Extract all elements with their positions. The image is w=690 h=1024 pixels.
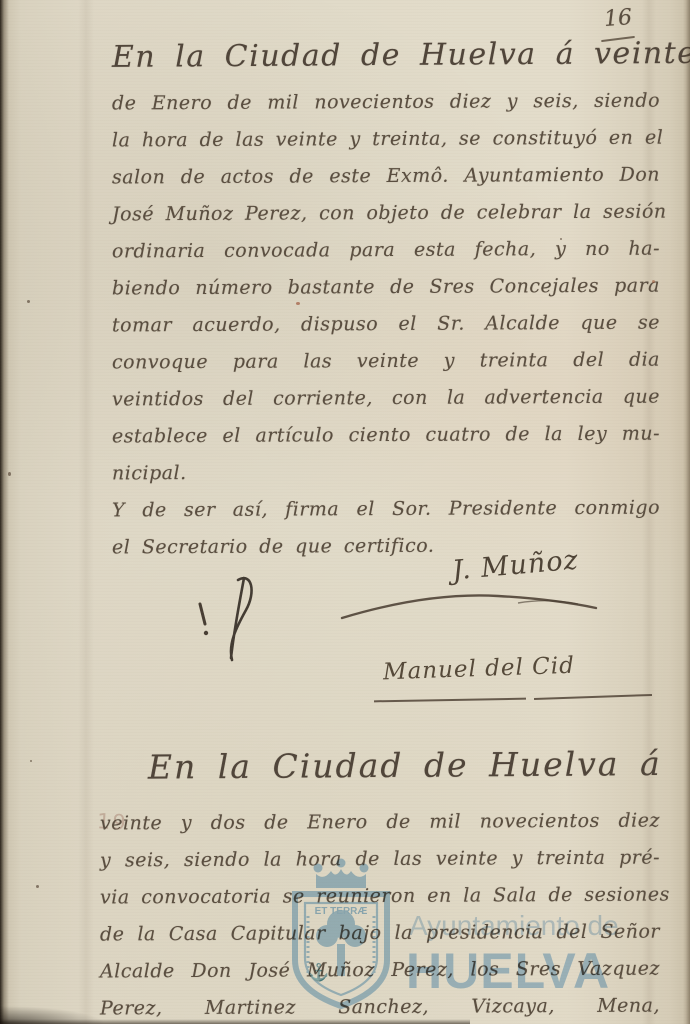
manuscript-line: establece el artículo ciento cuatro de l…: [112, 416, 660, 456]
manuscript-page: 16 19 En la Ciudad de Huelva á veinte de…: [0, 0, 690, 1024]
paper-speck: [27, 300, 30, 303]
manuscript-line: y seis, siendo la hora de las veinte y t…: [100, 840, 660, 880]
signature-underline: [534, 694, 652, 700]
manuscript-line: Y de ser así, firma el Sor. Presidente c…: [112, 490, 660, 530]
signature-underline: [374, 698, 526, 703]
manuscript-line: salon de actos de este Exmô. Ayuntamient…: [112, 157, 660, 197]
manuscript-line: de la Casa Capitular bajo la presidencia…: [100, 914, 660, 954]
entry-heading: En la Ciudad de Huelva á veinte: [112, 36, 660, 86]
manuscript-line: la hora de las veinte y treinta, se cons…: [112, 120, 660, 160]
paper-crease: [78, 0, 94, 1024]
signature-flourish: [338, 578, 603, 626]
manuscript-line: tomar acuerdo, dispuso el Sr. Alcalde qu…: [112, 305, 660, 345]
paper-speck: [296, 302, 300, 305]
manuscript-line: José Muñoz Perez, con objeto de celebrar…: [112, 194, 660, 234]
paper-speck: [36, 885, 39, 888]
entry-heading: En la Ciudad de Huelva á: [100, 744, 660, 806]
manuscript-line: veintidos del corriente, con la adverten…: [112, 379, 660, 419]
manuscript-line: nicipal.: [112, 453, 660, 493]
manuscript-line: biendo número bastante de Sres Concejale…: [112, 268, 660, 308]
page-edge: [683, 0, 690, 1024]
manuscript-line: via convocatoria se reunieron en la Sala…: [100, 877, 660, 917]
paper-speck: [652, 280, 655, 283]
minutes-entry-january-22: En la Ciudad de Huelva á veinte y dos de…: [100, 746, 660, 1024]
signature-secretary: Manuel del Cid: [383, 653, 576, 686]
page-corner-shadow: [0, 998, 150, 1024]
manuscript-line: Alcalde Don José Muñoz Perez, los Sres V…: [100, 951, 660, 991]
manuscript-line: veinte y dos de Enero de mil novecientos…: [100, 803, 660, 843]
page-number: 16: [603, 5, 633, 32]
manuscript-line: convoque para las veinte y treinta del d…: [112, 342, 660, 382]
binding-edge: [0, 0, 9, 1024]
manuscript-line: ordinaria convocada para esta fecha, y n…: [112, 231, 660, 271]
ink-stray-mark: [186, 570, 266, 670]
paper-speck: [30, 760, 32, 762]
paper-speck: [560, 238, 562, 240]
minutes-entry-january-20: En la Ciudad de Huelva á veinte de Enero…: [112, 38, 660, 565]
manuscript-line: de Enero de mil novecientos diez y seis,…: [112, 83, 660, 123]
